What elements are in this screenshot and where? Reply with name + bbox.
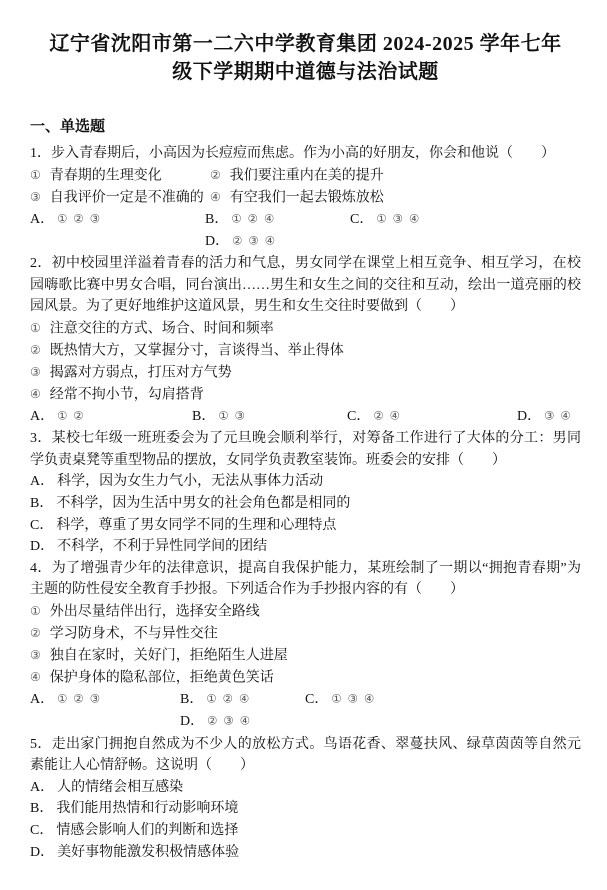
statement-text: 保护身体的隐私部位，拒绝黄色笑话: [50, 671, 274, 686]
statement-marker: ①: [30, 168, 41, 182]
choice-content: ①②④: [231, 213, 280, 225]
statement-marker: ③: [30, 648, 41, 662]
statement-marker: ②: [30, 626, 41, 640]
choice-label: A．: [30, 474, 54, 489]
choice-A: A．①②③: [30, 689, 180, 711]
statement-marker: ①: [30, 321, 41, 335]
section-heading: 一、单选题: [30, 115, 581, 136]
choice-label: D．: [517, 409, 541, 424]
choice-content: ①③④: [376, 213, 425, 225]
choice-C: C．科学，尊重了男女同学不同的生理和心理特点: [30, 515, 581, 537]
choice-content: ①③: [218, 411, 251, 423]
choice-D: D．③④: [517, 406, 577, 428]
choice-content: ①②③: [57, 213, 106, 225]
choice-label: C．: [305, 692, 328, 707]
statement-marker: ②: [210, 168, 221, 182]
choice-content: 科学，因为女生力气小，无法从事体力活动: [57, 474, 323, 489]
statement: ②学习防身术，不与异性交往: [30, 623, 581, 645]
statement: ③独自在家时，关好门，拒绝陌生人进屋: [30, 645, 581, 667]
choice-content: 情感会影响人们的判断和选择: [56, 823, 238, 838]
exam-title: 辽宁省沈阳市第一二六中学教育集团 2024-2025 学年七年 级下学期期中道德…: [38, 30, 573, 86]
statement-text: 自我评价一定是不准确的: [50, 190, 204, 205]
choice-content: ②③④: [232, 235, 281, 247]
question-2-stem: 2．初中校园里洋溢着青春的活力和气息，男女同学在课堂上相互竞争、相互学习，在校园…: [30, 253, 581, 318]
statement-text: 我们要注重内在美的提升: [230, 168, 384, 183]
exam-title-line2: 级下学期期中道德与法治试题: [38, 58, 573, 86]
choice-D: D．美好事物能激发积极情感体验: [30, 842, 581, 864]
statement-text: 有空我们一起去锻炼放松: [230, 190, 384, 205]
statement: ④经常不拘小节，勾肩搭背: [30, 384, 581, 406]
choice-D: D．②③④: [180, 711, 256, 733]
choice-content: 我们能用热情和行动影响环境: [56, 801, 238, 816]
choice-label: B．: [192, 409, 215, 424]
choice-content: 不科学，不利于异性同学间的团结: [57, 539, 267, 554]
question-3: 3．某校七年级一班班委会为了元旦晚会顺利举行，对筹备工作进行了大体的分工：男同学…: [30, 428, 581, 558]
statement-marker: ④: [30, 670, 41, 684]
choice-C: C．①③④: [350, 209, 425, 231]
choice-label: C．: [30, 518, 53, 533]
statement-text: 学习防身术，不与异性交往: [50, 627, 218, 642]
statement-text: 注意交往的方式、场合、时间和频率: [50, 321, 274, 336]
statement: ④有空我们一起去锻炼放松: [210, 187, 581, 209]
choice-content: 科学，尊重了男女同学不同的生理和心理特点: [56, 518, 336, 533]
statement-text: 外出尽量结伴出行，选择安全路线: [50, 604, 260, 619]
choice-content: 美好事物能激发积极情感体验: [57, 845, 239, 860]
statement: ①青春期的生理变化: [30, 165, 210, 187]
question-1-statements: ①青春期的生理变化 ②我们要注重内在美的提升 ③自我评价一定是不准确的 ④有空我…: [30, 165, 581, 209]
statement-marker: ②: [30, 343, 41, 357]
question-1: 1．步入青春期后，小高因为长痘痘而焦虑。作为小高的好朋友，你会和他说（ ） ①青…: [30, 143, 581, 253]
statement-marker: ③: [30, 190, 41, 204]
question-4-choices-row2: D．②③④: [30, 711, 581, 733]
choice-B: B．①②④: [180, 689, 305, 711]
statement-marker: ④: [210, 190, 221, 204]
statement: ①外出尽量结伴出行，选择安全路线: [30, 601, 581, 623]
question-4-stem: 4．为了增强青少年的法律意识，提高自我保护能力，某班绘制了一期以“拥抱青春期”为…: [30, 558, 581, 601]
choice-content: ③④: [544, 411, 577, 423]
statement-marker: ③: [30, 365, 41, 379]
choice-label: B．: [30, 801, 53, 816]
choice-label: C．: [347, 409, 370, 424]
statement-text: 揭露对方弱点，打压对方气势: [50, 365, 232, 380]
question-1-stem: 1．步入青春期后，小高因为长痘痘而焦虑。作为小高的好朋友，你会和他说（ ）: [30, 143, 581, 165]
question-4: 4．为了增强青少年的法律意识，提高自我保护能力，某班绘制了一期以“拥抱青春期”为…: [30, 558, 581, 734]
question-4-statements: ①外出尽量结伴出行，选择安全路线 ②学习防身术，不与异性交往 ③独自在家时，关好…: [30, 601, 581, 689]
choice-content: 不科学，因为生活中男女的社会角色都是相同的: [56, 496, 350, 511]
choice-label: D．: [30, 845, 54, 860]
choice-content: ②④: [373, 411, 406, 423]
exam-title-line1: 辽宁省沈阳市第一二六中学教育集团 2024-2025 学年七年: [38, 30, 573, 58]
choice-A: A．①②③: [30, 209, 205, 231]
choice-label: D．: [205, 234, 229, 249]
choice-label: B．: [180, 692, 203, 707]
choice-C: C．②④: [347, 406, 517, 428]
statement-text: 经常不拘小节，勾肩搭背: [50, 388, 204, 403]
choice-C: C．情感会影响人们的判断和选择: [30, 820, 581, 842]
question-4-choices-row1: A．①②③ B．①②④ C．①③④: [30, 689, 581, 711]
choice-label: A．: [30, 780, 54, 795]
choice-A: A．科学，因为女生力气小，无法从事体力活动: [30, 471, 581, 493]
choice-D: D．不科学，不利于异性同学间的团结: [30, 536, 581, 558]
choice-label: A．: [30, 409, 54, 424]
choice-content: ①③④: [331, 694, 380, 706]
question-1-choices-row1: A．①②③ B．①②④ C．①③④: [30, 209, 581, 231]
question-5-stem: 5．走出家门拥抱自然成为不少人的放松方式。鸟语花香、翠蔓扶风、绿草茵茵等自然元素…: [30, 734, 581, 777]
choice-B: B．①③: [192, 406, 347, 428]
statement-text: 独自在家时，关好门，拒绝陌生人进屋: [50, 649, 288, 664]
choice-content: 人的情绪会相互感染: [57, 780, 183, 795]
choice-label: A．: [30, 212, 54, 227]
statement-marker: ④: [30, 387, 41, 401]
statement: ③揭露对方弱点，打压对方气势: [30, 362, 581, 384]
question-1-choices-row2: D．②③④: [30, 231, 581, 253]
choice-D: D．②③④: [205, 231, 281, 253]
statement: ①注意交往的方式、场合、时间和频率: [30, 318, 581, 340]
choice-B: B．①②④: [205, 209, 350, 231]
choice-label: B．: [30, 496, 53, 511]
statement: ④保护身体的隐私部位，拒绝黄色笑话: [30, 667, 581, 689]
statement: ②既热情大方，又掌握分寸，言谈得当、举止得体: [30, 340, 581, 362]
question-2-statements: ①注意交往的方式、场合、时间和频率 ②既热情大方，又掌握分寸，言谈得当、举止得体…: [30, 318, 581, 406]
choice-C: C．①③④: [305, 689, 380, 711]
question-2-choices-row: A．①② B．①③ C．②④ D．③④: [30, 406, 581, 428]
choice-content: ①②: [57, 411, 90, 423]
statement: ③自我评价一定是不准确的: [30, 187, 210, 209]
choice-label: C．: [350, 212, 373, 227]
statement: ②我们要注重内在美的提升: [210, 165, 581, 187]
question-3-stem: 3．某校七年级一班班委会为了元旦晚会顺利举行，对筹备工作进行了大体的分工：男同学…: [30, 428, 581, 471]
question-2: 2．初中校园里洋溢着青春的活力和气息，男女同学在课堂上相互竞争、相互学习，在校园…: [30, 253, 581, 428]
choice-content: ①②④: [206, 694, 255, 706]
exam-paper-page: 辽宁省沈阳市第一二六中学教育集团 2024-2025 学年七年 级下学期期中道德…: [0, 0, 607, 890]
choice-B: B．我们能用热情和行动影响环境: [30, 798, 581, 820]
statement-text: 青春期的生理变化: [50, 168, 162, 183]
choice-label: C．: [30, 823, 53, 838]
choice-content: ②③④: [207, 716, 256, 728]
choice-A: A．①②: [30, 406, 192, 428]
statement-text: 既热情大方，又掌握分寸，言谈得当、举止得体: [50, 343, 344, 358]
choice-content: ①②③: [57, 694, 106, 706]
choice-A: A．人的情绪会相互感染: [30, 777, 581, 799]
question-5: 5．走出家门拥抱自然成为不少人的放松方式。鸟语花香、翠蔓扶风、绿草茵茵等自然元素…: [30, 734, 581, 864]
choice-label: D．: [30, 539, 54, 554]
choice-label: D．: [180, 714, 204, 729]
choice-B: B．不科学，因为生活中男女的社会角色都是相同的: [30, 493, 581, 515]
choice-label: A．: [30, 692, 54, 707]
statement-marker: ①: [30, 604, 41, 618]
choice-label: B．: [205, 212, 228, 227]
